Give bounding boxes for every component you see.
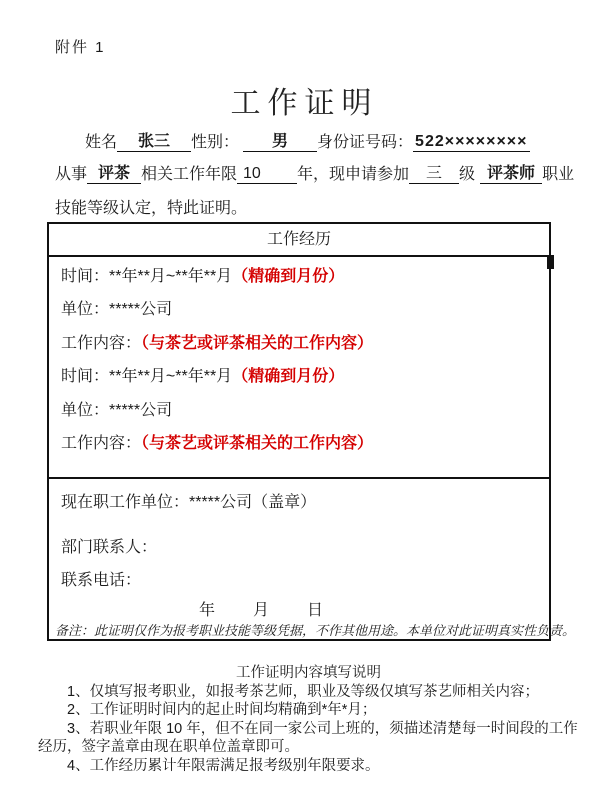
experience-content-row[interactable]: 工作内容：（与茶艺或评茶相关的工作内容） — [61, 427, 549, 460]
current-employer-row[interactable]: 现在职工作单位：*****公司（盖章） — [61, 494, 549, 511]
work-content-hint: （与茶艺或评茶相关的工作内容） — [141, 435, 373, 452]
instruction-item-2: 2、工作证明时间内的起止时间均精确到*年*月； — [38, 701, 579, 720]
time-label: 时间： — [61, 368, 109, 385]
instruction-item-1: 1、仅填写报考职业，如报考茶艺师，职业及等级仅填写茶艺师相关内容； — [38, 683, 579, 702]
occupation-field[interactable]: 评茶 — [87, 164, 141, 184]
identity-line: 姓名张三性别：男身份证号码：522×××××××× — [85, 129, 530, 152]
unit-value: 单位：*****公司 — [61, 402, 172, 419]
table-scroll-handle[interactable] — [547, 255, 554, 269]
mid-label: 年，现申请参加 — [297, 166, 409, 183]
experience-content-row[interactable]: 工作内容：（与茶艺或评茶相关的工作内容） — [61, 327, 549, 360]
current-employer-section: 现在职工作单位：*****公司（盖章） 部门联系人： 联系电话： 年 月 日 备… — [49, 477, 549, 638]
application-line-continued: 技能等级认定，特此证明。 — [55, 195, 247, 218]
experience-section: 时间：**年**月~**年**月（精确到月份） 单位：*****公司 工作内容：… — [49, 257, 549, 477]
gender-label: 性别： — [191, 134, 239, 151]
page-title: 工作证明 — [0, 78, 609, 122]
experience-time-row[interactable]: 时间：**年**月~**年**月（精确到月份） — [61, 260, 549, 293]
instruction-item-3: 3、若职业年限 10 年，但不在同一家公司上班的，须描述清楚每一时间段的工作经历… — [38, 720, 579, 757]
table-header: 工作经历 — [49, 224, 549, 257]
job-title-field[interactable]: 评茶师 — [480, 164, 542, 184]
date-signature-line[interactable]: 年 月 日 — [199, 602, 549, 619]
gender-field[interactable]: 男 — [243, 132, 317, 152]
level-field[interactable]: 三 — [409, 164, 459, 184]
name-label: 姓名 — [85, 134, 117, 151]
attachment-label: 附件 1 — [55, 36, 106, 57]
name-field[interactable]: 张三 — [117, 132, 191, 152]
certificate-remark: 备注：此证明仅作为报考职业技能等级凭据，不作其他用途。本单位对此证明真实性负责。 — [55, 623, 543, 638]
time-value: **年**月~**年**月 — [109, 268, 232, 285]
application-line: 从事评茶相关工作年限10年，现申请参加三级评茶师职业 — [55, 161, 574, 184]
time-hint: （精确到月份） — [232, 268, 344, 285]
work-content-label: 工作内容： — [61, 335, 141, 352]
department-contact-row[interactable]: 部门联系人： — [61, 539, 549, 556]
experience-unit-row[interactable]: 单位：*****公司 — [61, 293, 549, 326]
work-experience-table: 工作经历 时间：**年**月~**年**月（精确到月份） 单位：*****公司 … — [47, 222, 551, 641]
time-label: 时间： — [61, 268, 109, 285]
experience-unit-row[interactable]: 单位：*****公司 — [61, 394, 549, 427]
id-number-field[interactable]: 522×××××××× — [413, 132, 529, 152]
filling-instructions: 工作证明内容填写说明 1、仅填写报考职业，如报考茶艺师，职业及等级仅填写茶艺师相… — [38, 664, 579, 775]
time-hint: （精确到月份） — [232, 368, 344, 385]
level-suffix-label: 级 — [459, 166, 475, 183]
id-label: 身份证号码： — [317, 134, 413, 151]
years-label: 相关工作年限 — [141, 166, 237, 183]
work-certificate-document: 附件 1 工作证明 姓名张三性别：男身份证号码：522×××××××× 从事评茶… — [0, 0, 609, 810]
work-content-hint: （与茶艺或评茶相关的工作内容） — [141, 335, 373, 352]
engage-label: 从事 — [55, 166, 87, 183]
time-value: **年**月~**年**月 — [109, 368, 232, 385]
instructions-title: 工作证明内容填写说明 — [38, 664, 579, 683]
years-field[interactable]: 10 — [237, 164, 297, 184]
unit-value: 单位：*****公司 — [61, 301, 172, 318]
contact-phone-row[interactable]: 联系电话： — [61, 572, 549, 589]
tail-part1: 职业 — [542, 166, 574, 183]
work-content-label: 工作内容： — [61, 435, 141, 452]
instruction-item-4: 4、工作经历累计年限需满足报考级别年限要求。 — [38, 757, 579, 776]
experience-time-row[interactable]: 时间：**年**月~**年**月（精确到月份） — [61, 360, 549, 393]
